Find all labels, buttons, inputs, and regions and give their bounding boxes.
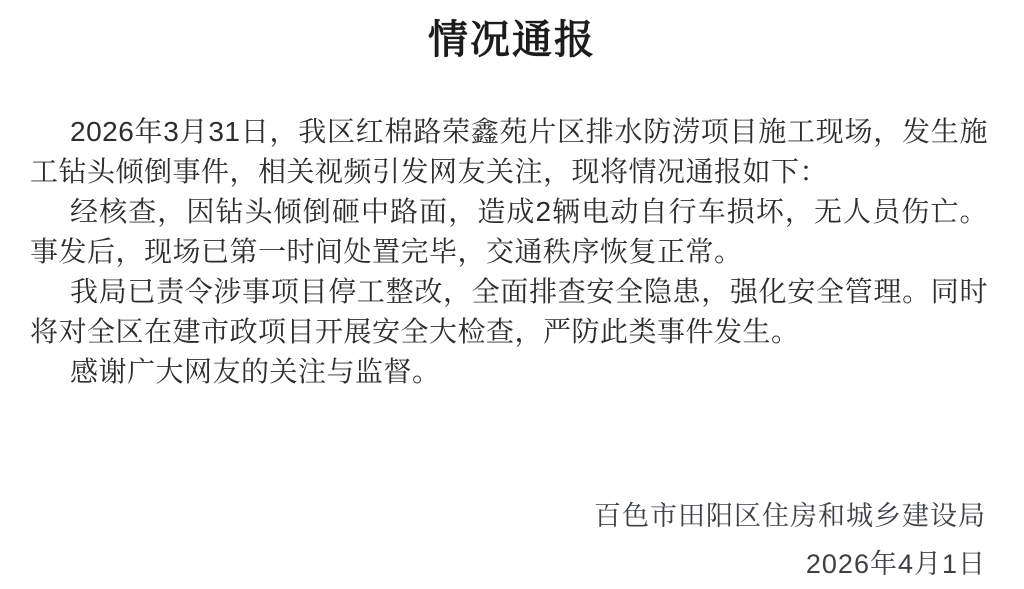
issue-date: 2026年4月1日 bbox=[594, 540, 986, 588]
notice-signoff: 百色市田阳区住房和城乡建设局 2026年4月1日 bbox=[594, 492, 986, 588]
notice-paragraph-measures: 我局已责令涉事项目停工整改，全面排查安全隐患，强化安全管理。同时将对全区在建市政… bbox=[30, 272, 988, 352]
notice-title: 情况通报 bbox=[0, 18, 1024, 62]
notice-paragraph-thanks: 感谢广大网友的关注与监督。 bbox=[30, 352, 988, 392]
notice-paragraph-verification: 经核查，因钻头倾倒砸中路面，造成2辆电动自行车损坏，无人员伤亡。事发后，现场已第… bbox=[30, 192, 988, 272]
notice-paragraph-incident: 2026年3月31日，我区红棉路荣鑫苑片区排水防涝项目施工现场，发生施工钻头倾倒… bbox=[30, 112, 988, 192]
notice-body: 2026年3月31日，我区红棉路荣鑫苑片区排水防涝项目施工现场，发生施工钻头倾倒… bbox=[30, 112, 988, 392]
notice-document: 情况通报 2026年3月31日，我区红棉路荣鑫苑片区排水防涝项目施工现场，发生施… bbox=[0, 0, 1024, 589]
issuer-name: 百色市田阳区住房和城乡建设局 bbox=[594, 492, 986, 540]
